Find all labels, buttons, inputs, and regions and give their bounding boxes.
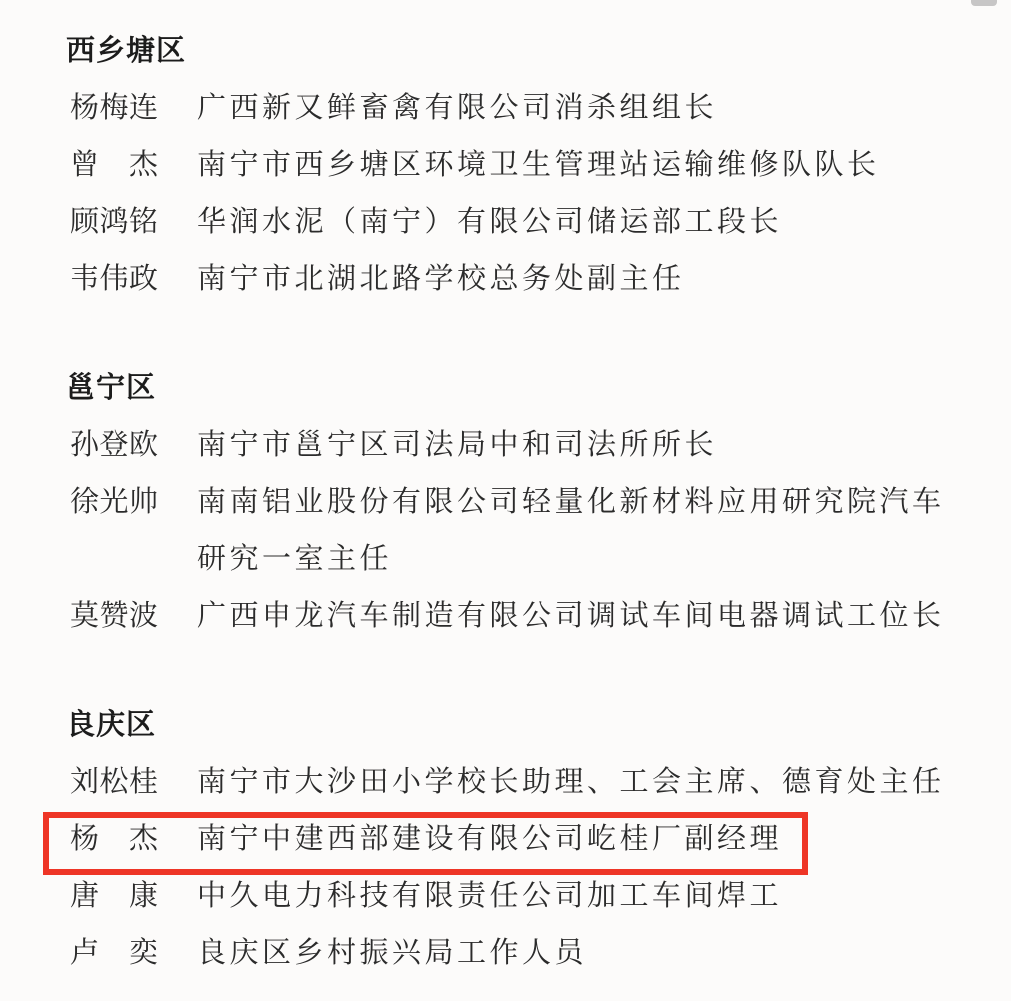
entry-row: 杨杰 南宁中建西部建设有限公司屹桂厂副经理 — [66, 811, 981, 868]
entry-row: 莫赞波 广西申龙汽车制造有限公司调试车间电器调试工位长 — [66, 588, 981, 645]
district-section: 西乡塘区 杨梅连 广西新又鲜畜禽有限公司消杀组组长 曾杰 南宁市西乡塘区环境卫生… — [66, 23, 981, 308]
section-entries: 刘松桂 南宁市大沙田小学校长助理、工会主席、德育处主任 杨杰 南宁中建西部建设有… — [66, 754, 981, 982]
entry-row: 刘松桂 南宁市大沙田小学校长助理、工会主席、德育处主任 — [66, 754, 981, 811]
entry-position: 广西申龙汽车制造有限公司调试车间电器调试工位长 — [197, 588, 959, 645]
entry-position: 南宁市邕宁区司法局中和司法所所长 — [197, 417, 959, 474]
district-section-title: 良庆区 — [66, 697, 981, 754]
entry-row: 杨梅连 广西新又鲜畜禽有限公司消杀组组长 — [66, 80, 981, 137]
district-section-title: 邕宁区 — [66, 360, 981, 417]
entry-name: 刘松桂 — [70, 754, 158, 811]
entry-position: 中久电力科技有限责任公司加工车间焊工 — [197, 868, 959, 925]
document-page: 西乡塘区 杨梅连 广西新又鲜畜禽有限公司消杀组组长 曾杰 南宁市西乡塘区环境卫生… — [0, 0, 1011, 1001]
entry-name: 孙登欧 — [70, 417, 158, 474]
entry-position: 华润水泥（南宁）有限公司储运部工段长 — [197, 194, 959, 251]
entry-name: 杨杰 — [70, 811, 158, 868]
district-section: 良庆区 刘松桂 南宁市大沙田小学校长助理、工会主席、德育处主任 杨杰 南宁中建西… — [66, 697, 981, 982]
entry-row: 徐光帅 南南铝业股份有限公司轻量化新材料应用研究院汽车研究一室主任 — [66, 474, 981, 588]
entry-row: 孙登欧 南宁市邕宁区司法局中和司法所所长 — [66, 417, 981, 474]
entry-row: 曾杰 南宁市西乡塘区环境卫生管理站运输维修队队长 — [66, 137, 981, 194]
entry-name: 卢奕 — [70, 925, 158, 982]
entry-position: 良庆区乡村振兴局工作人员 — [197, 925, 959, 982]
entry-row: 卢奕 良庆区乡村振兴局工作人员 — [66, 925, 981, 982]
entry-name: 唐康 — [70, 868, 158, 925]
section-entries: 杨梅连 广西新又鲜畜禽有限公司消杀组组长 曾杰 南宁市西乡塘区环境卫生管理站运输… — [66, 80, 981, 308]
scan-artifact — [971, 0, 997, 6]
entry-row: 唐康 中久电力科技有限责任公司加工车间焊工 — [66, 868, 981, 925]
entry-name: 曾杰 — [70, 137, 158, 194]
entry-position: 南宁市大沙田小学校长助理、工会主席、德育处主任 — [197, 754, 959, 811]
district-section-title: 西乡塘区 — [66, 23, 981, 80]
entry-position: 南宁中建西部建设有限公司屹桂厂副经理 — [197, 811, 959, 868]
entry-name: 杨梅连 — [70, 80, 158, 137]
entry-position: 南宁市西乡塘区环境卫生管理站运输维修队队长 — [197, 137, 959, 194]
entry-name: 顾鸿铭 — [70, 194, 158, 251]
entry-name: 韦伟政 — [70, 251, 158, 308]
entry-position: 南宁市北湖北路学校总务处副主任 — [197, 251, 959, 308]
entry-position: 南南铝业股份有限公司轻量化新材料应用研究院汽车研究一室主任 — [197, 474, 959, 588]
entry-name: 徐光帅 — [70, 474, 158, 531]
sections-container: 西乡塘区 杨梅连 广西新又鲜畜禽有限公司消杀组组长 曾杰 南宁市西乡塘区环境卫生… — [66, 23, 981, 982]
district-section: 邕宁区 孙登欧 南宁市邕宁区司法局中和司法所所长 徐光帅 南南铝业股份有限公司轻… — [66, 360, 981, 645]
section-entries: 孙登欧 南宁市邕宁区司法局中和司法所所长 徐光帅 南南铝业股份有限公司轻量化新材… — [66, 417, 981, 645]
entry-name: 莫赞波 — [70, 588, 158, 645]
entry-row: 顾鸿铭 华润水泥（南宁）有限公司储运部工段长 — [66, 194, 981, 251]
entry-position: 广西新又鲜畜禽有限公司消杀组组长 — [197, 80, 959, 137]
entry-row: 韦伟政 南宁市北湖北路学校总务处副主任 — [66, 251, 981, 308]
